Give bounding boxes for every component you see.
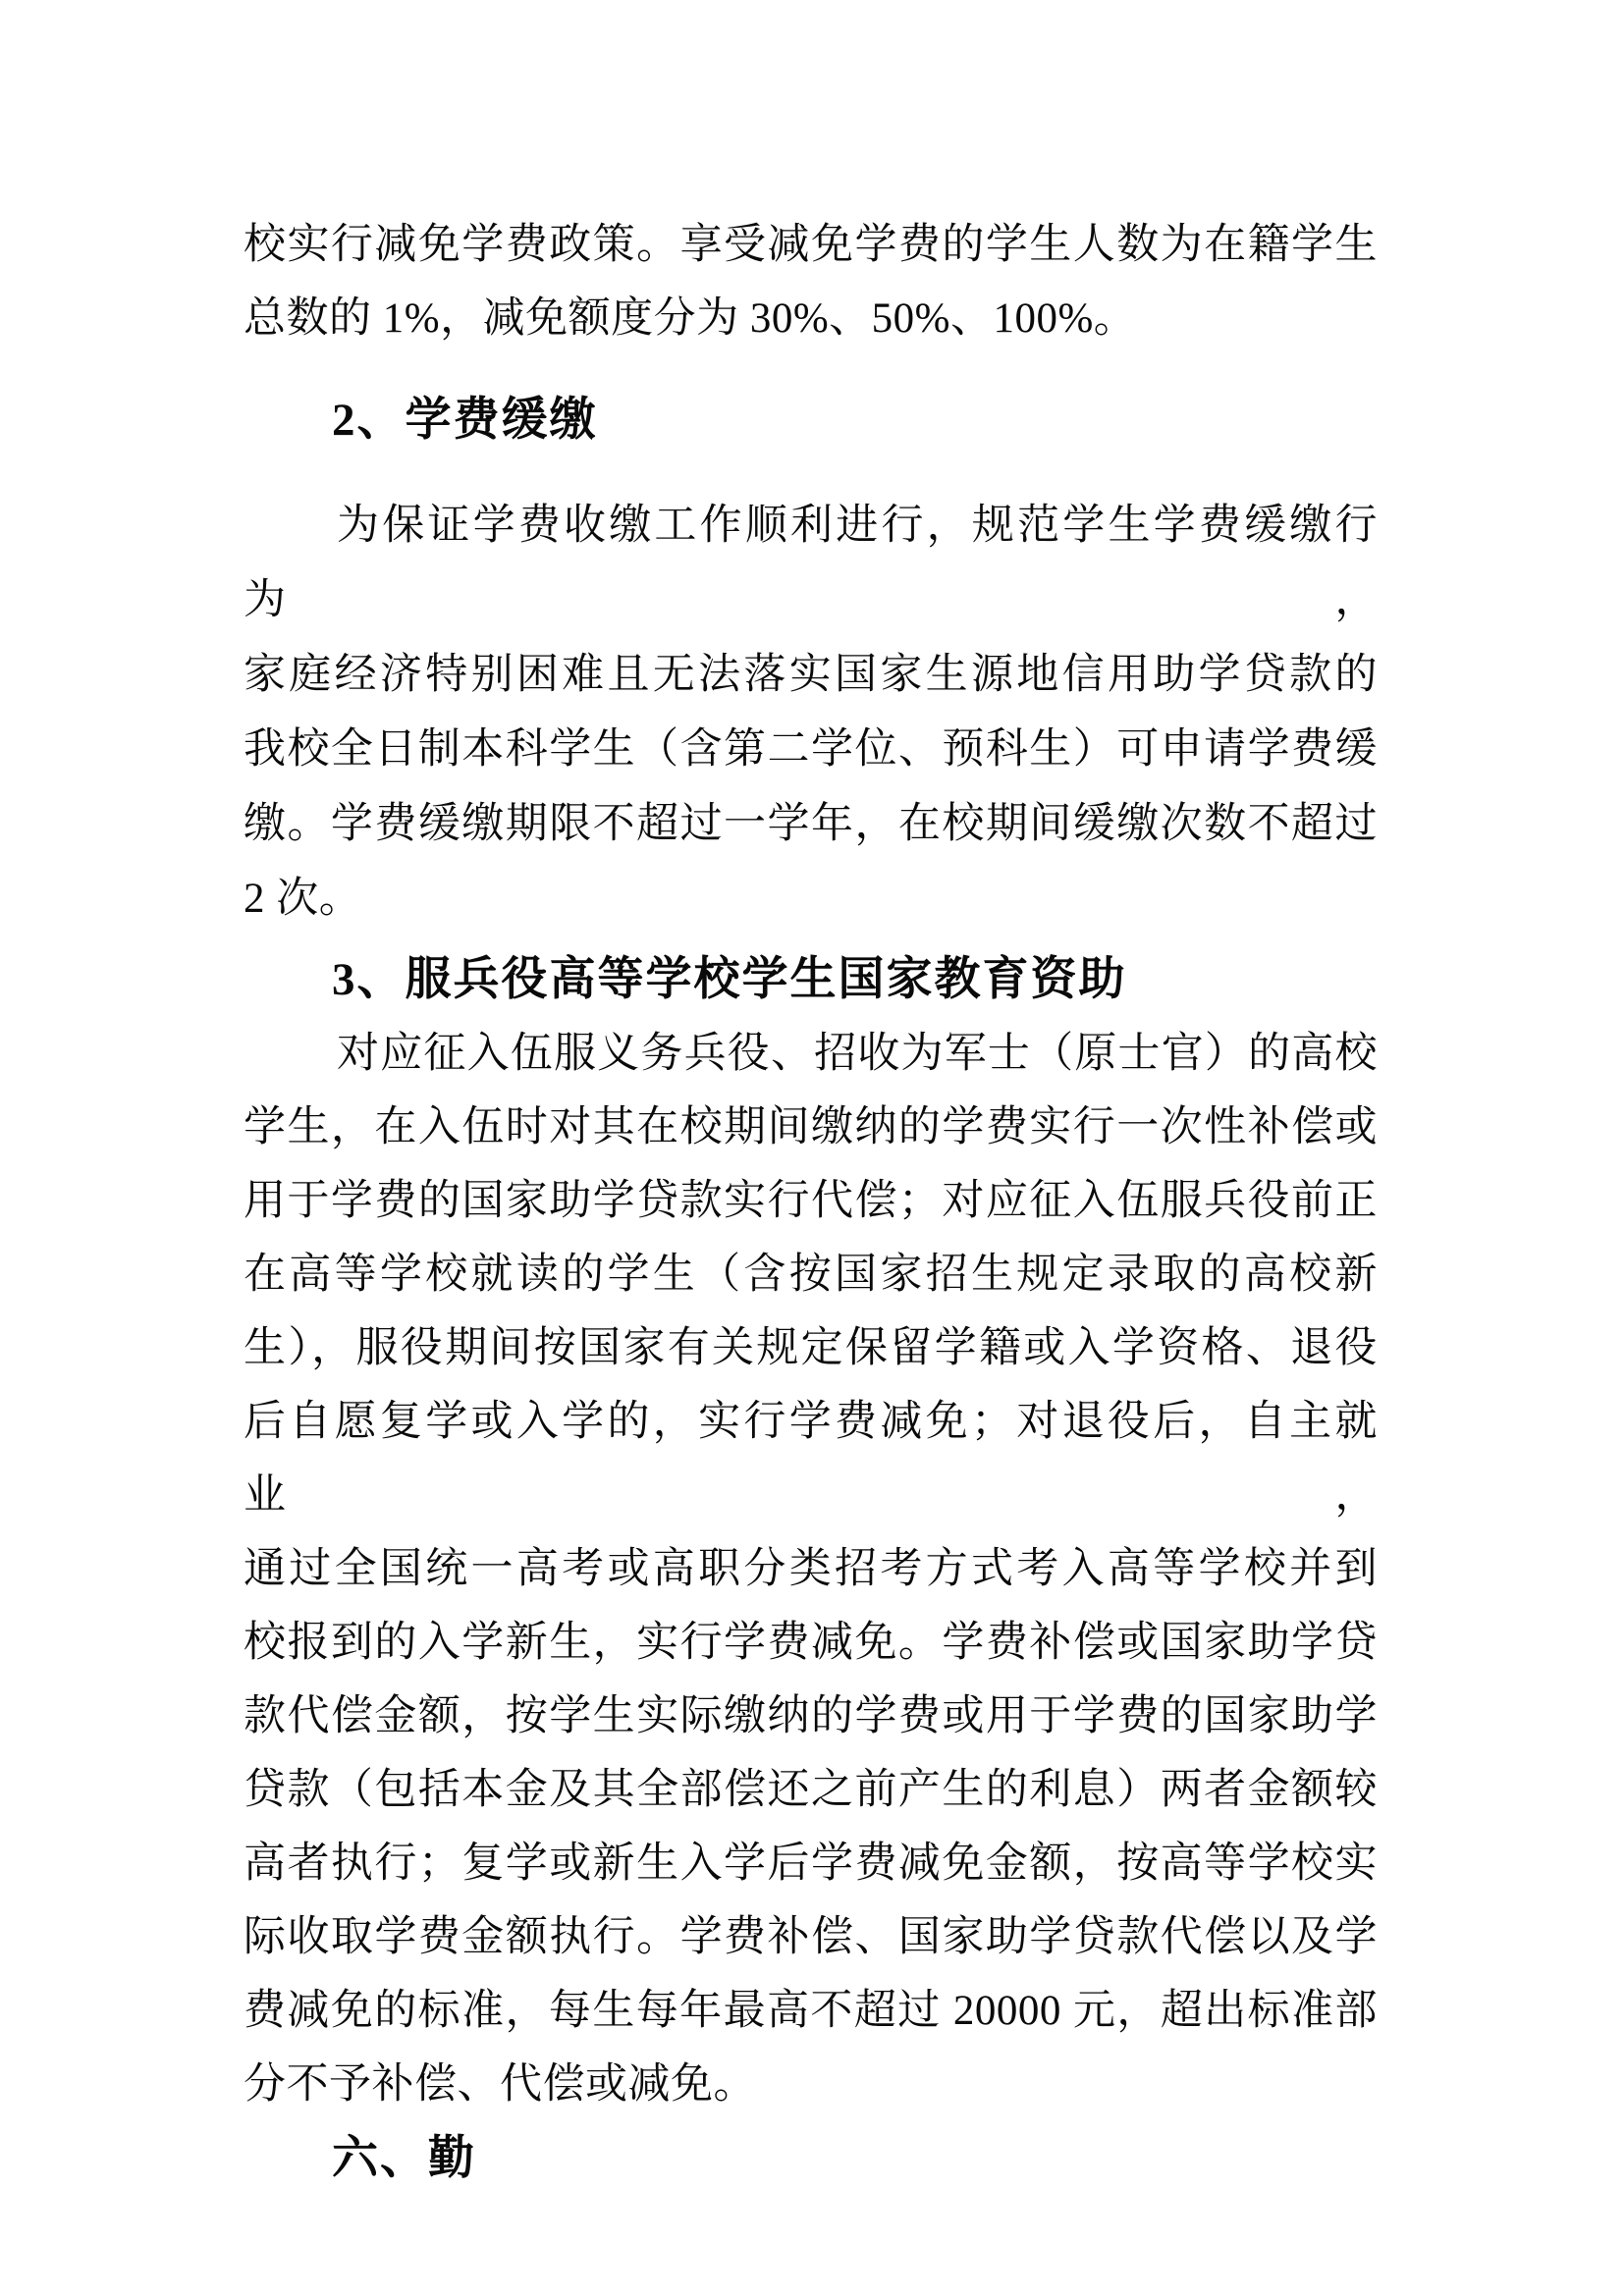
text-line: 校报到的入学新生，实行学费减免。学费补偿或国家助学贷 (244, 1606, 1378, 1680)
paragraph: 对应征入伍服义务兵役、招收为军士（原士官）的高校学生，在入伍时对其在校期间缴纳的… (244, 1017, 1378, 2121)
text-line: 为保证学费收缴工作顺利进行，规范学生学费缓缴行为， (244, 489, 1378, 638)
text-line: 费减免的标准，每生每年最高不超过 20000 元，超出标准部 (244, 1974, 1378, 2048)
document-page: 校实行减免学费政策。享受减免学费的学生人数为在籍学生总数的 1%，减免额度分为 … (0, 0, 1624, 2296)
text-line: 2 次。 (244, 862, 1378, 936)
text-line: 在高等学校就读的学生（含按国家招生规定录取的高校新 (244, 1238, 1378, 1311)
text-line: 校实行减免学费政策。享受减免学费的学生人数为在籍学生 (244, 208, 1378, 282)
text-line: 贷款（包括本金及其全部偿还之前产生的利息）两者金额较 (244, 1753, 1378, 1827)
text-line: 对应征入伍服义务兵役、招收为军士（原士官）的高校 (244, 1017, 1378, 1091)
text-line: 分不予补偿、代偿或减免。 (244, 2048, 1378, 2121)
text-line: 生），服役期间按国家有关规定保留学籍或入学资格、退役 (244, 1311, 1378, 1385)
paragraph: 校实行减免学费政策。享受减免学费的学生人数为在籍学生总数的 1%，减免额度分为 … (244, 208, 1378, 355)
text-line: 缴。学费缓缴期限不超过一学年，在校期间缓缴次数不超过 (244, 787, 1378, 862)
document-content: 校实行减免学费政策。享受减免学费的学生人数为在籍学生总数的 1%，减免额度分为 … (244, 208, 1378, 2196)
text-line: 用于学费的国家助学贷款实行代偿；对应征入伍服兵役前正 (244, 1164, 1378, 1238)
text-line: 际收取学费金额执行。学费补偿、国家助学贷款代偿以及学 (244, 1900, 1378, 1974)
text-line: 家庭经济特别困难且无法落实国家生源地信用助学贷款的 (244, 638, 1378, 713)
text-line: 我校全日制本科学生（含第二学位、预科生）可申请学费缓 (244, 713, 1378, 787)
paragraph: 为保证学费收缴工作顺利进行，规范学生学费缓缴行为，家庭经济特别困难且无法落实国家… (244, 489, 1378, 936)
text-line: 高者执行；复学或新生入学后学费减免金额，按高等学校实 (244, 1827, 1378, 1900)
text-line: 学生，在入伍时对其在校期间缴纳的学费实行一次性补偿或 (244, 1091, 1378, 1164)
section-heading: 3、服兵役高等学校学生国家教育资助 (244, 942, 1378, 1017)
section-heading: 2、学费缓缴 (244, 383, 1378, 457)
text-line: 款代偿金额，按学生实际缴纳的学费或用于学费的国家助学 (244, 1680, 1378, 1753)
text-line: 总数的 1%，减免额度分为 30%、50%、100%。 (244, 282, 1378, 355)
section-heading: 六、勤 (244, 2121, 1378, 2196)
text-line: 通过全国统一高考或高职分类招考方式考入高等学校并到 (244, 1532, 1378, 1606)
text-line: 后自愿复学或入学的，实行学费减免；对退役后，自主就业， (244, 1385, 1378, 1532)
